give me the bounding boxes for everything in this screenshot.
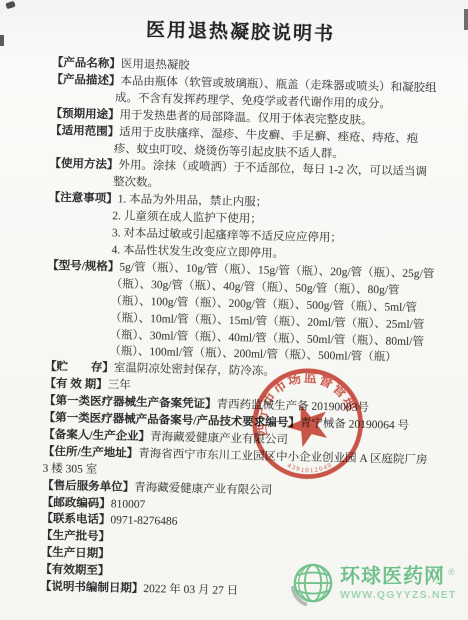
field-label: 【联系电话】 (41, 513, 110, 527)
field-label: 【使用方法】 (49, 158, 118, 172)
field-label: 【第一类医疗器械生产备案凭证】 (44, 395, 217, 411)
field-value: 810007 (111, 498, 146, 511)
globe-icon (291, 561, 335, 607)
field-label: 【预期用途】 (51, 108, 120, 122)
field-value: 医用退热凝胶 (121, 58, 190, 72)
field-label: 【有 效 期】 (44, 378, 108, 391)
field-value: 三年 (108, 379, 131, 392)
field-label: 【贮 存】 (45, 361, 114, 375)
document-body: 【产品名称】医用退热凝胶【产品描述】本品由瓶体（软管或玻璃瓶）、瓶盖（走珠器或喷… (40, 55, 440, 605)
watermark-url: WWW.QGYYZS.NET (340, 589, 457, 601)
field-label: 【生产批号】 (41, 530, 110, 544)
field-value: 青海藏爱健康产业有限公司 (134, 481, 272, 496)
field-value: 外用。涂抹（或喷洒）于不适部位，每日 1-2 次，可以适当调整次数。 (113, 160, 427, 190)
field-label: 【售后服务单位】 (42, 479, 134, 493)
field-row-7: 【型号/规格】5g/管（瓶）、10g/管（瓶）、15g/管（瓶）、20g/管（瓶… (45, 258, 435, 368)
official-seal: 西宁市市场监督管理局 4391012040 (249, 365, 366, 482)
field-label: 【产品名称】 (52, 57, 121, 71)
scan-noise-mark (0, 35, 4, 46)
watermark-name: 环球医药网® (340, 561, 457, 588)
field-value: 适用于皮肤瘙痒、湿疹、牛皮癣、手足癣、痤疮、痔疮、疱疹、蚊虫叮咬、烧烫伤等引起皮… (114, 126, 419, 160)
scanned-document-page: 医用退热凝胶说明书 【产品名称】医用退热凝胶【产品描述】本品由瓶体（软管或玻璃瓶… (0, 0, 468, 620)
field-label: 【型号/规格】 (47, 260, 119, 274)
scan-content: 医用退热凝胶说明书 【产品名称】医用退热凝胶【产品描述】本品由瓶体（软管或玻璃瓶… (0, 0, 468, 620)
star-icon (281, 397, 335, 450)
field-label: 【适用范围】 (50, 124, 119, 138)
registered-mark-icon: ® (448, 567, 456, 577)
watermark-logo: 环球医药网® WWW.QGYYZS.NET (291, 561, 457, 607)
field-value: 2022 年 03 月 27 日 (143, 583, 238, 597)
field-label: 【产品描述】 (51, 74, 120, 88)
seal-graphic: 西宁市市场监督管理局 4391012040 (234, 350, 381, 497)
field-label: 【邮政编码】 (42, 496, 111, 510)
page-title: 医用退热凝胶说明书 (6, 12, 468, 50)
field-value: 0971-8276486 (110, 515, 177, 529)
field-value: 1. 本品为外用品，禁止内服； (118, 194, 268, 209)
field-label: 【备案人/生产企业】 (43, 429, 150, 443)
field-label: 【注意事项】 (49, 192, 118, 206)
field-value: 用于发热患者的局部降温。仅用于体表完整皮肤。 (119, 109, 372, 127)
field-value: 本品由瓶体（软管或玻璃瓶）、瓶盖（走珠器或喷头）和凝胶组成。不含有发挥药理学、免… (115, 75, 437, 110)
field-label: 【有效期至】 (40, 564, 109, 578)
field-label: 【生产日期】 (41, 547, 110, 561)
watermark-name-text: 环球医药网 (340, 566, 445, 588)
scan-noise-mark (464, 9, 468, 30)
field-label: 【说明书编制日期】 (40, 581, 144, 595)
field-value: 5g/管（瓶）、10g/管（瓶）、15g/管（瓶）、20g/管（瓶）、25g/管… (109, 261, 434, 364)
field-row-6: 【注意事项】1. 本品为外用品，禁止内服；2. 儿童须在成人监护下使用；3. 对… (47, 190, 436, 266)
field-label: 【住所/生产地址】 (43, 446, 138, 460)
watermark-text: 环球医药网® WWW.QGYYZS.NET (340, 561, 457, 601)
